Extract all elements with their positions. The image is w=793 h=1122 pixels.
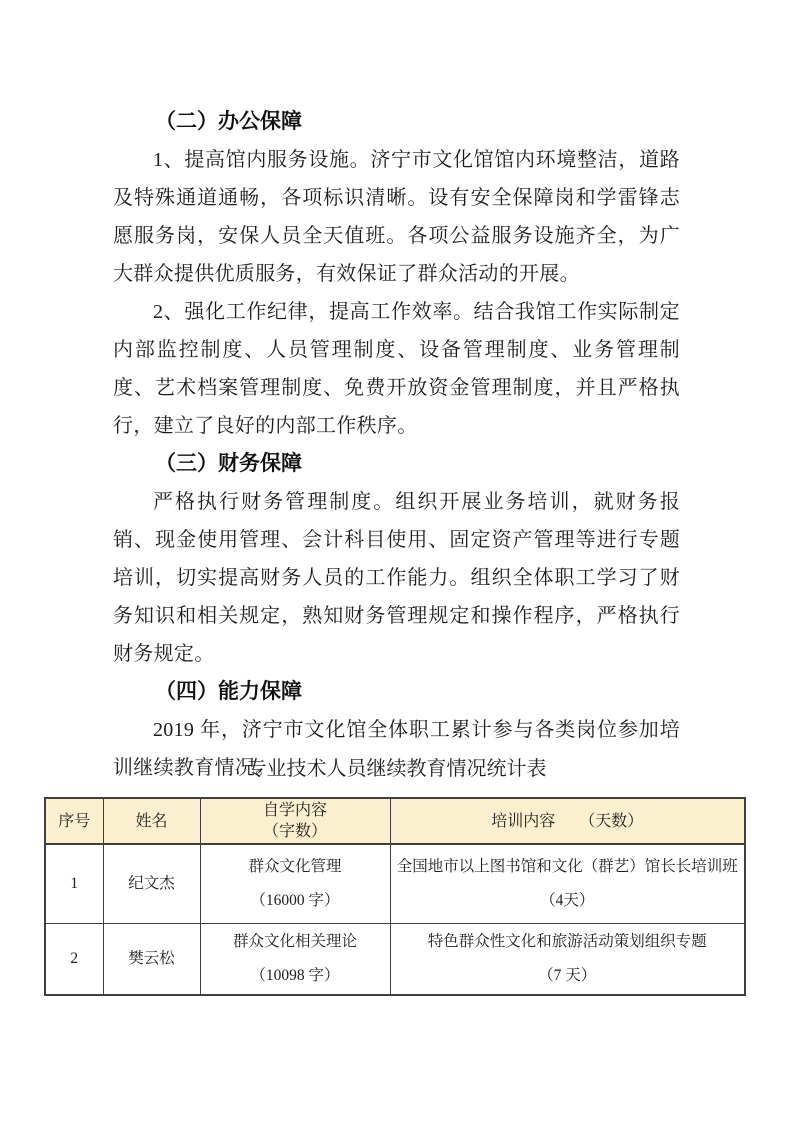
column-header-name: 姓名 xyxy=(103,798,200,844)
table-title: 专业技术人员继续教育情况统计表 xyxy=(0,750,793,788)
cell-self-study: 群众文化管理 （16000 字） xyxy=(200,844,390,923)
document-page: （二）办公保障 1、提高馆内服务设施。济宁市文化馆馆内环境整洁，道路及特殊通道通… xyxy=(0,0,793,1122)
table-row: 1 纪文杰 群众文化管理 （16000 字） 全国地市以上图书馆和文化（群艺）馆… xyxy=(45,844,745,923)
cell-name: 纪文杰 xyxy=(103,844,200,923)
table-row: 2 樊云松 群众文化相关理论 （10098 字） 特色群众性文化和旅游活动策划组… xyxy=(45,923,745,995)
cell-index: 2 xyxy=(45,923,103,995)
cell-self-study: 群众文化相关理论 （10098 字） xyxy=(200,923,390,995)
table-header-row: 序号 姓名 自学内容 （字数） 培训内容 （天数） xyxy=(45,798,745,844)
column-header-index: 序号 xyxy=(45,798,103,844)
text-block: （二）办公保障 1、提高馆内服务设施。济宁市文化馆馆内环境整洁，道路及特殊通道通… xyxy=(113,103,680,787)
cell-index: 1 xyxy=(45,844,103,923)
cell-training: 特色群众性文化和旅游活动策划组织专题 （7 天） xyxy=(390,923,745,995)
paragraph-finance-management: 严格执行财务管理制度。组织开展业务培训，就财务报销、现金使用管理、会计科目使用、… xyxy=(113,483,680,673)
cell-name: 樊云松 xyxy=(103,923,200,995)
section-heading-capability-support: （四）能力保障 xyxy=(113,673,680,711)
paragraph-work-discipline: 2、强化工作纪律，提高工作效率。结合我馆工作实际制定内部监控制度、人员管理制度、… xyxy=(113,293,680,445)
cell-training: 全国地市以上图书馆和文化（群艺）馆长长培训班（4天） xyxy=(390,844,745,923)
education-statistics-table: 序号 姓名 自学内容 （字数） 培训内容 （天数） 1 纪文杰 群众文化管理 （… xyxy=(44,797,746,996)
section-heading-finance-support: （三）财务保障 xyxy=(113,445,680,483)
section-heading-office-support: （二）办公保障 xyxy=(113,103,680,141)
column-header-self-study: 自学内容 （字数） xyxy=(200,798,390,844)
column-header-training: 培训内容 （天数） xyxy=(390,798,745,844)
paragraph-service-facilities: 1、提高馆内服务设施。济宁市文化馆馆内环境整洁，道路及特殊通道通畅，各项标识清晰… xyxy=(113,141,680,293)
